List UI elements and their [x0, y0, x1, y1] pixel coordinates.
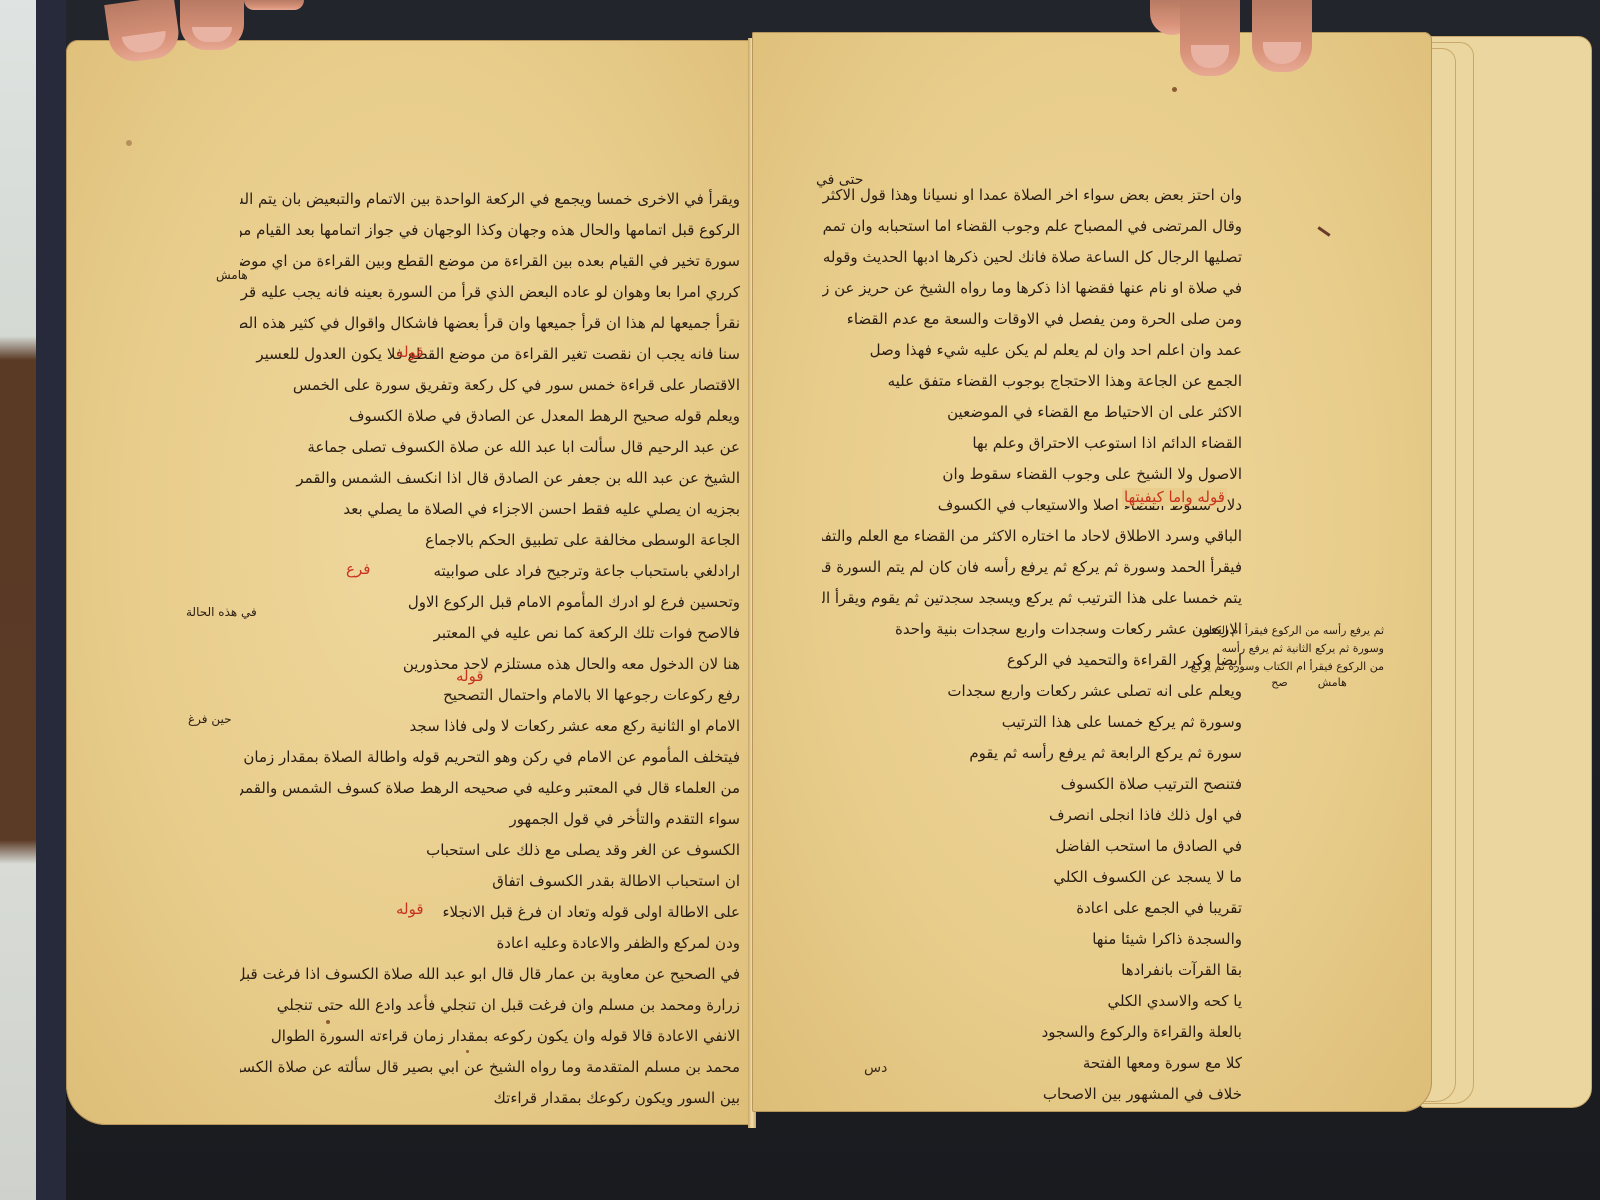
- text-line: خلاف في المشهور بين الاصحاب: [822, 1079, 1242, 1110]
- paper-speck: [1172, 87, 1177, 92]
- margin-note: هامش: [216, 268, 248, 282]
- text-line: وقال المرتضى في المصباح علم وجوب القضاء …: [822, 211, 1242, 242]
- margin-signature: هامش: [1318, 676, 1347, 689]
- fingernail: [121, 31, 168, 55]
- text-line: من العلماء قال في المعتبر وعليه في صحيحه…: [240, 773, 740, 804]
- text-line: يتم خمسا على هذا الترتيب ثم يركع ويسجد س…: [822, 583, 1242, 614]
- text-line: الباقي وسرد الاطلاق لاحاد ما اختاره الاك…: [822, 521, 1242, 552]
- text-line: فالاصح فوات تلك الركعة كما نص عليه في ال…: [240, 618, 740, 649]
- text-line: القضاء الدائم اذا استوعب الاحتراق وعلم ب…: [822, 428, 1242, 459]
- text-line: ويقرأ في الاخرى خمسا ويجمع في الركعة الو…: [240, 184, 740, 215]
- text-line: وان احتز بعض بعض سواء اخر الصلاة عمدا او…: [822, 180, 1242, 211]
- left-page-text: ويقرأ في الاخرى خمسا ويجمع في الركعة الو…: [240, 184, 740, 1114]
- text-line: ودن لمركع والظفر والاعادة وعليه اعادة: [240, 928, 740, 959]
- text-line: بالعلة والقراءة والركوع والسجود: [822, 1017, 1242, 1048]
- text-line: هنا لان الدخول معه والحال هذه مستلزم لاح…: [240, 649, 740, 680]
- paper-fiber: [1317, 226, 1330, 236]
- text-line: على الاطالة اولى قوله وتعاد ان فرغ قبل ا…: [240, 897, 740, 928]
- text-line: عن عبد الرحيم قال سألت ابا عبد الله عن ص…: [240, 432, 740, 463]
- text-line: الجاعة الوسطى مخالفة على تطبيق الحكم بال…: [240, 525, 740, 556]
- text-line: الاصول ولا الشيخ على وجوب القضاء سقوط وا…: [822, 459, 1242, 490]
- text-line: الاربعون عشر ركعات وسجدات واربع سجدات بن…: [822, 614, 1242, 645]
- text-line: سواء التقدم والتأخر في قول الجمهور: [240, 804, 740, 835]
- right-hand-finger: [1252, 0, 1312, 72]
- text-line: ويعلم قوله صحيح الرهط المعدل عن الصادق ف…: [240, 401, 740, 432]
- text-line: الكسوف عن الغر وقد يصلى مع ذلك على استحب…: [240, 835, 740, 866]
- text-line: ويعلم على انه تصلى عشر ركعات واربع سجدات: [822, 676, 1242, 707]
- paper-speck: [466, 1050, 469, 1053]
- fingernail: [1191, 45, 1229, 68]
- text-line: سورة ثم يركع الرابعة ثم يرفع رأسه ثم يقو…: [822, 738, 1242, 769]
- paper-speck: [326, 1020, 330, 1024]
- dark-mat: [36, 0, 66, 1200]
- text-line: سورة تخير في القيام بعده بين القراءة من …: [240, 246, 740, 277]
- text-line: تقريبا في الجمع على اعادة: [822, 893, 1242, 924]
- rubric-far: فرع: [346, 560, 370, 578]
- text-line: فيتخلف المأموم عن الامام في ركن وهو التح…: [240, 742, 740, 773]
- text-line: بقا القرآت بانفرادها: [822, 955, 1242, 986]
- text-line: في الصادق ما استحب الفاضل: [822, 831, 1242, 862]
- rubric-qawluhu-wa-amma-kayfiyyatuha: قوله واما كيفيتها: [1122, 488, 1227, 506]
- text-line: في صلاة او نام عنها فقضها اذا ذكرها وما …: [822, 273, 1242, 304]
- paper-stain: [126, 140, 132, 146]
- text-line: سنا فانه يجب ان نقصت تغير القراءة من موض…: [240, 339, 740, 370]
- text-line: ان استحباب الاطالة بقدر الكسوف اتفاق: [240, 866, 740, 897]
- text-line: بجزيه ان يصلي عليه فقط احسن الاجزاء في ا…: [240, 494, 740, 525]
- text-line: عمد وان اعلم احد وان لم يعلم لم يكن عليه…: [822, 335, 1242, 366]
- left-hand-finger: [244, 0, 304, 10]
- text-line: في اول ذلك فاذا انجلى انصرف: [822, 800, 1242, 831]
- text-line: نقرأ جميعها لم هذا ان قرأ جميعها وان قرأ…: [240, 308, 740, 339]
- text-line: الامام او الثانية ركع معه عشر ركعات لا و…: [240, 711, 740, 742]
- text-line: ما لا يسجد عن الكسوف الكلي: [822, 862, 1242, 893]
- text-line: وتحسين فرع لو ادرك المأموم الامام قبل ال…: [240, 587, 740, 618]
- text-line: ومن صلى الحرة ومن يفصل في الاوقات والسعة…: [822, 304, 1242, 335]
- text-line: الركوع قبل اتمامها والحال هذه وجهان وكذا…: [240, 215, 740, 246]
- text-line: فيقرأ الحمد وسورة ثم يركع ثم يرفع رأسه ف…: [822, 552, 1242, 583]
- text-line: محمد بن مسلم المتقدمة وما رواه الشيخ عن …: [240, 1052, 740, 1083]
- margin-note: حين فرغ: [188, 712, 232, 726]
- right-margin-note: ثم يرفع رأسه من الركوع فيقرأ ام الكتاب و…: [1234, 622, 1384, 689]
- right-hand-finger: [1180, 0, 1240, 76]
- margin-note-line: من الركوع فيقرأ ام الكتاب وسورة ثم يركع: [1234, 658, 1384, 676]
- text-line: الاقتصار على قراءة خمس سور في كل ركعة وت…: [240, 370, 740, 401]
- fingernail: [192, 27, 233, 42]
- right-manuscript-page: حتى في وان احتز بعض بعض سواء اخر الصلاة …: [752, 32, 1432, 1112]
- right-page-text: وان احتز بعض بعض سواء اخر الصلاة عمدا او…: [822, 180, 1242, 1110]
- margin-signature: صح: [1271, 676, 1287, 689]
- text-line: الانفي الاعادة قالا قوله وان يكون ركوعه …: [240, 1021, 740, 1052]
- text-line: الاكثر على ان الاحتياط مع القضاء في المو…: [822, 397, 1242, 428]
- text-line: كرري امرا بعا وهوان لو عاده البعض الذي ق…: [240, 277, 740, 308]
- text-line: يا كحه والاسدي الكلي: [822, 986, 1242, 1017]
- text-line: الشيخ عن عبد الله بن جعفر عن الصادق قال …: [240, 463, 740, 494]
- text-line: زرارة ومحمد بن مسلم وان فرغت قبل ان تنجل…: [240, 990, 740, 1021]
- text-line: بين السور ويكون ركوعك بمقدار قراءتك: [240, 1083, 740, 1114]
- desk-edge-with-papers: [0, 0, 38, 1200]
- text-line: ايضا وكرر القراءة والتحميد في الركوع: [822, 645, 1242, 676]
- text-line: الجمع عن الجاعة وهذا الاحتجاج بوجوب القض…: [822, 366, 1242, 397]
- fingernail: [1263, 42, 1301, 64]
- text-line: رفع ركوعات رجوعها الا بالامام واحتمال ال…: [240, 680, 740, 711]
- rubric-qawluhu: قوله: [396, 343, 424, 361]
- text-line: تصليها الرجال كل الساعة صلاة فانك لحين ذ…: [822, 242, 1242, 273]
- folio-mark: دس: [864, 1060, 887, 1076]
- text-line: في الصحيح عن معاوية بن عمار قال قال ابو …: [240, 959, 740, 990]
- text-line: فتنصح الترتيب صلاة الكسوف: [822, 769, 1242, 800]
- rubric-qawluhu: قوله: [456, 667, 484, 685]
- rubric-qawluhu: قوله: [396, 900, 424, 918]
- margin-note: في هذه الحالة: [186, 605, 257, 619]
- left-hand-finger: [180, 0, 244, 50]
- text-line: والسجدة ذاكرا شيئا منها: [822, 924, 1242, 955]
- margin-note-line: ثم يرفع رأسه من الركوع فيقرأ ام الكتاب: [1234, 622, 1384, 640]
- margin-note-line: وسورة ثم يركع الثانية ثم يرفع رأسه: [1234, 640, 1384, 658]
- text-line: وسورة ثم يركع خمسا على هذا الترتيب: [822, 707, 1242, 738]
- text-line: ارادلغي باستحباب جاعة وترجيح فراد على صو…: [240, 556, 740, 587]
- left-manuscript-page: ويقرأ في الاخرى خمسا ويجمع في الركعة الو…: [66, 40, 752, 1125]
